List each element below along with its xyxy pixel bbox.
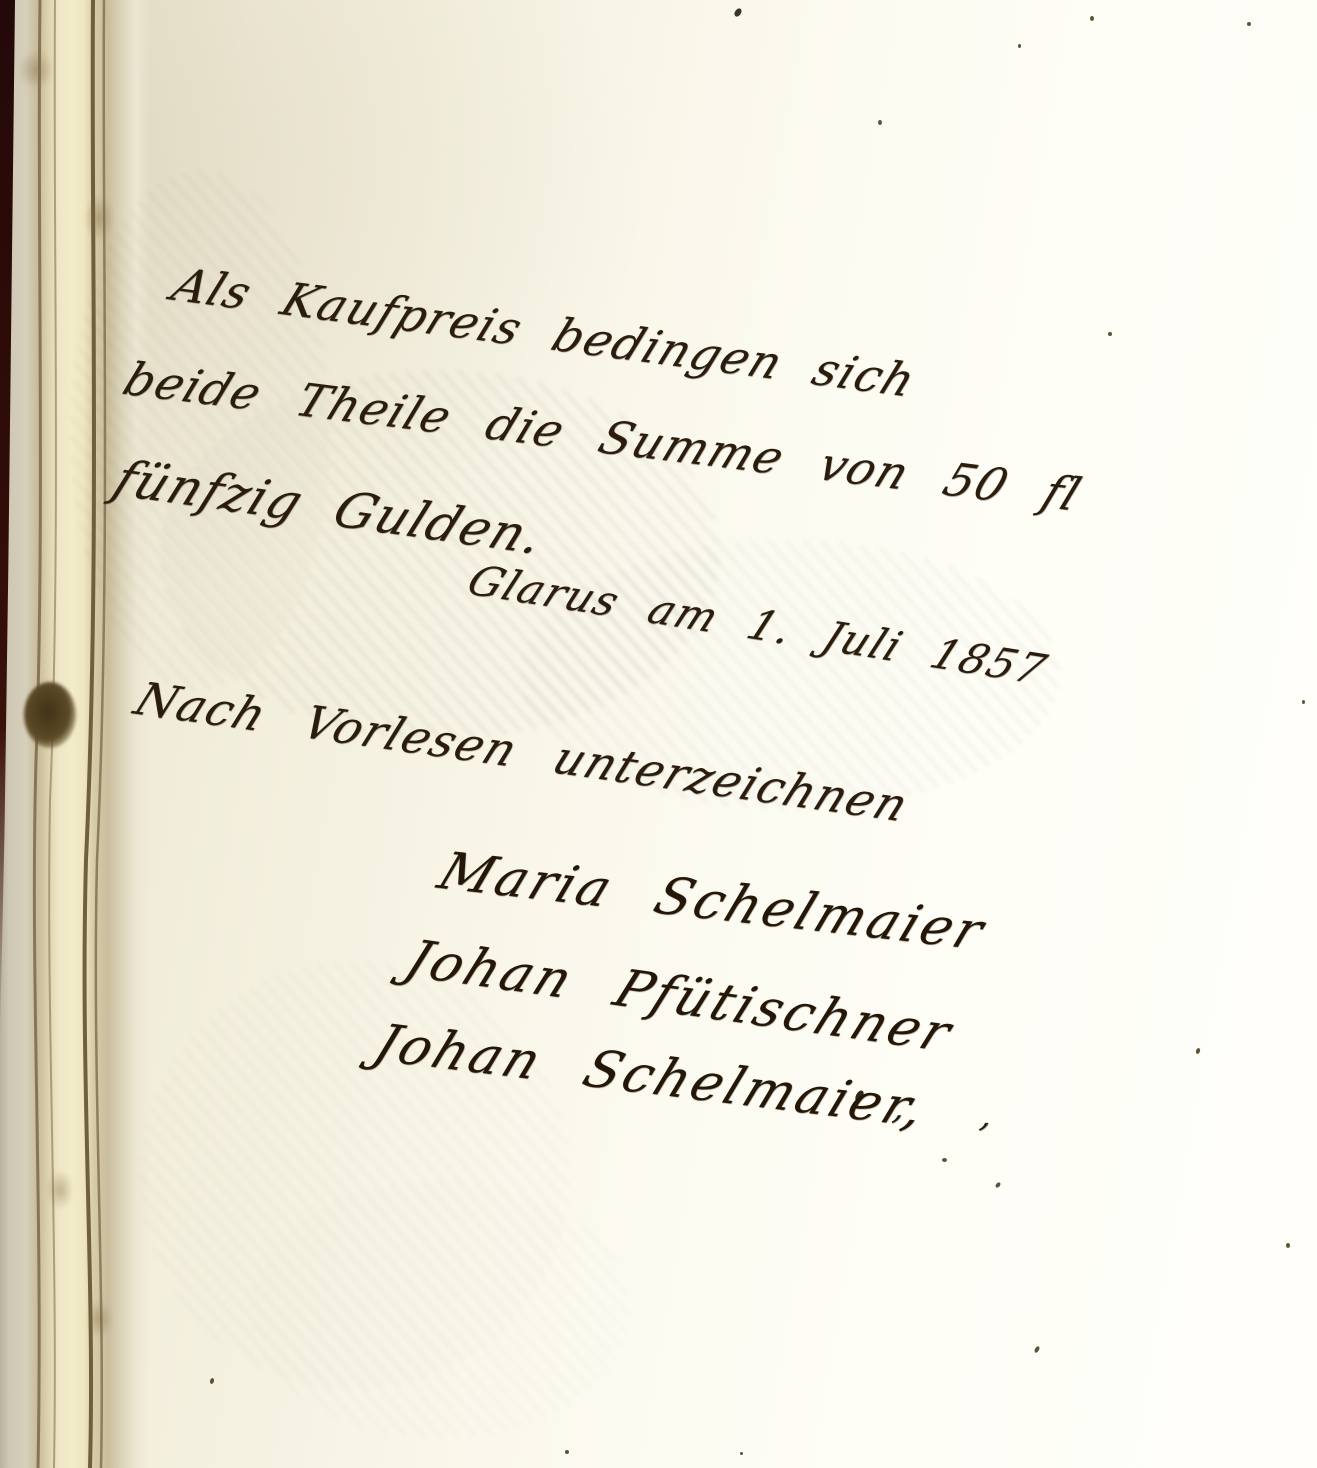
foxing-speck	[1286, 1243, 1290, 1248]
foxing-speck	[1108, 332, 1112, 336]
binding-stain	[18, 50, 54, 90]
pencil-smudge	[250, 1180, 630, 1440]
foxing-speck	[1302, 700, 1305, 704]
foxing-speck	[1018, 44, 1021, 48]
foxing-speck	[995, 1181, 1002, 1188]
binding-stain	[84, 195, 114, 241]
foxing-speck	[942, 1158, 947, 1162]
binding-stain	[46, 1170, 74, 1210]
binding-stain	[86, 1300, 112, 1338]
pencil-smudge	[70, 170, 330, 690]
foxing-speck	[740, 1452, 743, 1455]
foxing-speck	[1195, 1047, 1201, 1054]
foxing-speck	[733, 7, 743, 18]
foxing-speck	[1247, 22, 1251, 26]
foxing-speck	[878, 120, 882, 125]
foxing-speck	[565, 1450, 569, 1454]
manuscript-page: Als Kaufpreis bedingen sich beide Theile…	[0, 0, 1317, 1468]
foxing-speck	[1090, 16, 1094, 21]
foxing-speck	[209, 1378, 214, 1385]
foxing-speck	[1034, 1345, 1041, 1353]
ink-stain	[24, 682, 76, 748]
